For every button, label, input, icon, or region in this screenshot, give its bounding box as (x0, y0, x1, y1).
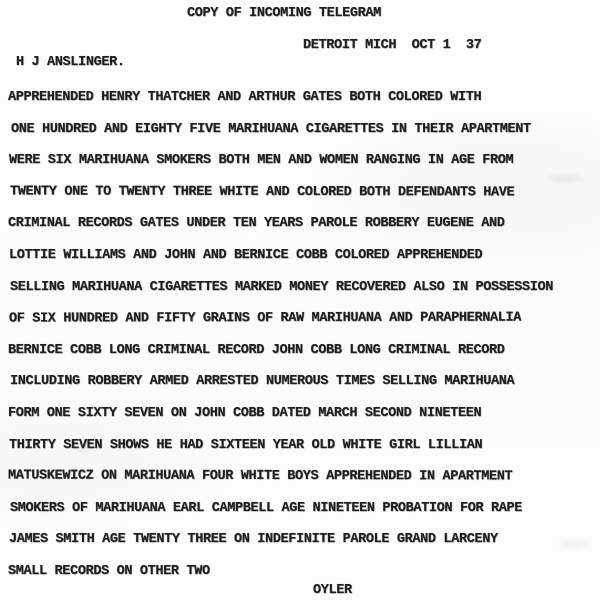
telegram-line: FORM ONE SIXTY SEVEN ON JOHN COBB DATED … (8, 406, 600, 438)
telegram-line: SELLING MARIHUANA CIGARETTES MARKED MONE… (10, 280, 600, 312)
telegram-line: WERE SIX MARIHUANA SMOKERS BOTH MEN AND … (9, 153, 600, 185)
telegram-document: COPY OF INCOMING TELEGRAM DETROIT MICH O… (0, 0, 600, 615)
telegram-line: SMALL RECORDS ON OTHER TWO (8, 564, 600, 596)
telegram-salutation: H J ANSLINGER. (16, 55, 125, 70)
telegram-line: THIRTY SEVEN SHOWS HE HAD SIXTEEN YEAR O… (9, 438, 600, 470)
telegram-line: MATUSKEWICZ ON MARIHUANA FOUR WHITE BOYS… (8, 469, 600, 502)
telegram-line: LOTTIE WILLIAMS AND JOHN AND BERNICE COB… (9, 248, 600, 280)
telegram-dateline: DETROIT MICH OCT 1 37 (303, 38, 481, 53)
telegram-line: SMOKERS OF MARIHUANA EARL CAMPBELL AGE N… (10, 501, 600, 533)
telegram-title: COPY OF INCOMING TELEGRAM (187, 6, 381, 21)
telegram-line: APPREHENDED HENRY THATCHER AND ARTHUR GA… (8, 90, 600, 122)
telegram-line: INCLUDING ROBBERY ARMED ARRESTED NUMEROU… (10, 374, 600, 406)
telegram-line: OF SIX HUNDRED AND FIFTY GRAINS OF RAW M… (9, 311, 600, 344)
telegram-line: TWENTY ONE TO TWENTY THREE WHITE AND COL… (10, 184, 600, 217)
telegram-line: CRIMINAL RECORDS GATES UNDER TEN YEARS P… (8, 216, 600, 248)
telegram-signature: OYLER (313, 583, 352, 598)
telegram-line: ONE HUNDRED AND EIGHTY FIVE MARIHUANA CI… (11, 122, 600, 154)
telegram-line: BERNICE COBB LONG CRIMINAL RECORD JOHN C… (8, 343, 600, 375)
telegram-body: APPREHENDED HENRY THATCHER AND ARTHUR GA… (8, 90, 600, 596)
telegram-line: JAMES SMITH AGE TWENTY THREE ON INDEFINI… (9, 532, 600, 564)
